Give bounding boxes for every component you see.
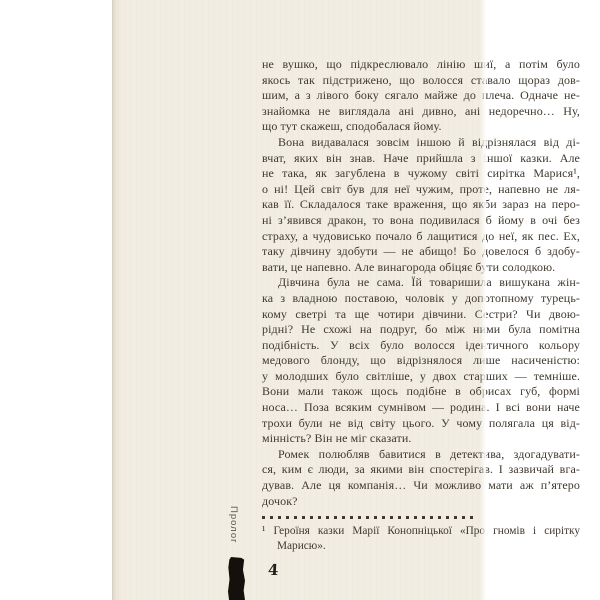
text-line: подібність. У всіх було волосся ідентичн… xyxy=(262,338,580,354)
text-line: шим, а з лівого боку сягало майже до пле… xyxy=(262,88,580,104)
text-line: Ромек полюбляв бавитися в детектива, здо… xyxy=(262,447,580,463)
text-line: якось так підстрижено, що волосся ставал… xyxy=(262,73,580,89)
text-line: таку дівчину здобути — не абищо! Бо дове… xyxy=(262,244,580,260)
page-edge-ink-tab xyxy=(228,557,245,600)
footnote-line: Марисю». xyxy=(262,539,580,554)
text-line: кав її. Складалося таке враження, що якб… xyxy=(262,197,580,213)
text-line: дочок? xyxy=(262,494,580,510)
page-body-text: не вушко, що підкреслювало лінію шиї, а … xyxy=(262,57,580,509)
text-line: носа… Поза всяким сумнівом — родина. І в… xyxy=(262,400,580,416)
text-line: що тут скажеш, сподобалася йому. xyxy=(262,119,580,135)
text-line: ся, ким є люди, за якими він спостерігав… xyxy=(262,462,580,478)
text-line: вати, це напевно. Але винагорода обіцяє … xyxy=(262,260,580,276)
text-line: дував. Але ця компанія… Чи можливо мати … xyxy=(262,478,580,494)
text-line: ні з’явився дракон, то вона подивилася б… xyxy=(262,213,580,229)
text-line: рідні? Не схожі на подруг, бо між ними б… xyxy=(262,322,580,338)
text-line: вчат, яких він знав. Наче прийшла з іншо… xyxy=(262,151,580,167)
text-line: о ні! Цей світ був для неї чужим, проте,… xyxy=(262,182,580,198)
text-line: медового блонду, що відрізнялося лише на… xyxy=(262,353,580,369)
text-line: знайомка не виглядала ані дивно, ані нед… xyxy=(262,104,580,120)
text-line: у молодших було світліше, у двох старших… xyxy=(262,369,580,385)
text-line: ка з владною поставою, чоловік у допотоп… xyxy=(262,291,580,307)
text-line: Дівчина була не сама. Їй товаришила вишу… xyxy=(262,275,580,291)
page-right-edge xyxy=(480,0,486,600)
text-line: мінність? Він не міг сказати. xyxy=(262,431,580,447)
text-line: Вони мали також щось подібне в обрисах г… xyxy=(262,384,580,400)
text-line: трохи були не від світу цього. У чому по… xyxy=(262,416,580,432)
text-line: кому светрі та ще чотири дівчини. Сестри… xyxy=(262,307,580,323)
text-line: Вона видавалася зовсім іншою й відрізнял… xyxy=(262,135,580,151)
text-line: не вушко, що підкреслювало лінію шиї, а … xyxy=(262,57,580,73)
book-page: не вушко, що підкреслювало лінію шиї, а … xyxy=(112,0,486,600)
scanned-book-page-view: { "book": { "page_number": "4", "chapter… xyxy=(0,0,600,600)
text-line: не така, як загублена в чужому світі сир… xyxy=(262,166,580,182)
footnote-separator xyxy=(262,516,474,519)
page-number: 4 xyxy=(268,561,279,579)
text-line: страху, а чудовисько почало б лащитися д… xyxy=(262,229,580,245)
footnote-line: ¹ Героїня казки Марії Конопніцької «Про … xyxy=(262,524,580,539)
footnote: ¹ Героїня казки Марії Конопніцької «Про … xyxy=(262,524,580,554)
chapter-label: Пролог xyxy=(228,506,239,552)
